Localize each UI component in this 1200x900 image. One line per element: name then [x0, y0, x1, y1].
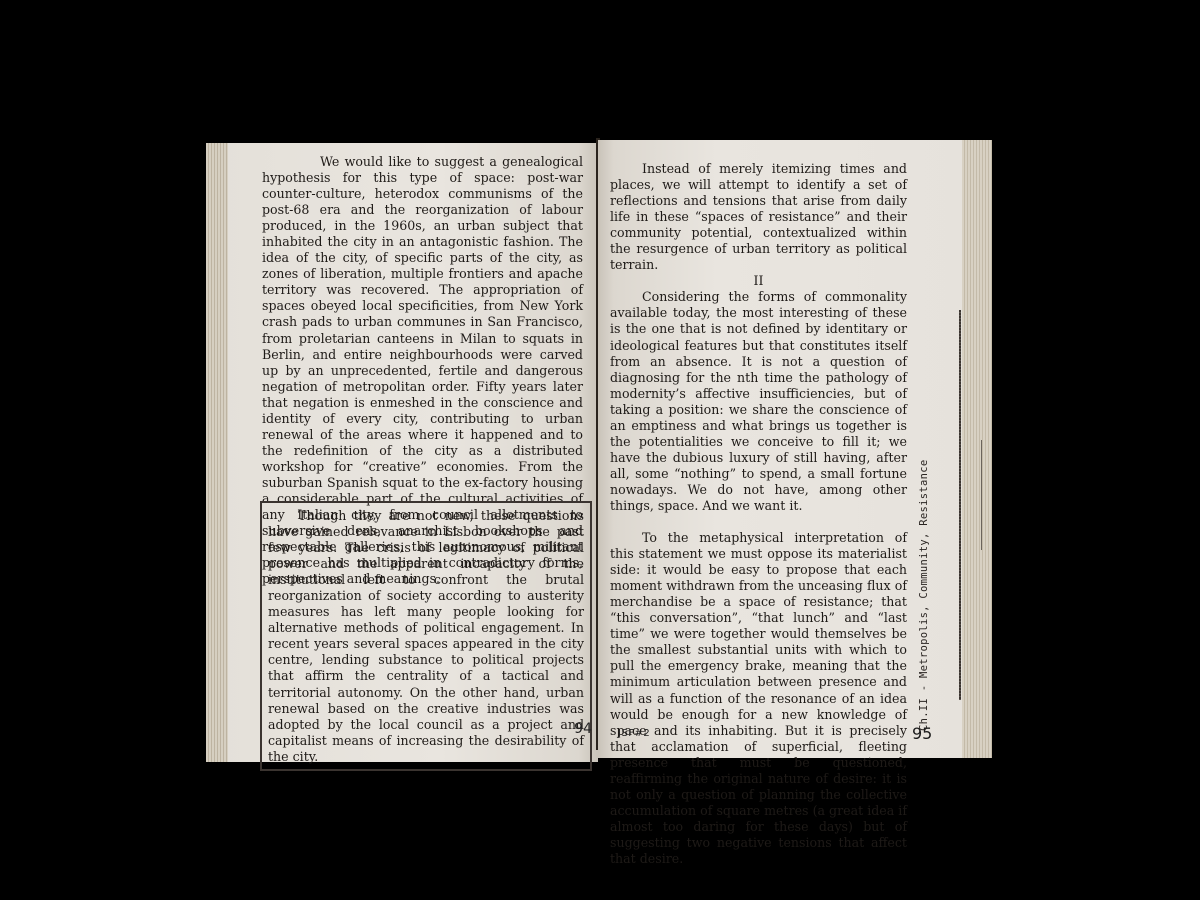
chapter-tab-label: Ch.II - Metropolis, Community, Resistanc…	[918, 460, 930, 731]
paragraph: To the metaphysical interpretation of th…	[610, 530, 907, 867]
right-page: Instead of merely itemizing times and pl…	[598, 140, 992, 758]
boxed-note-text: Though they are not new, these questions…	[268, 508, 584, 765]
paragraph-spacer	[610, 514, 907, 530]
open-book: We would like to suggest a genealogical …	[0, 0, 1200, 900]
left-page: We would like to suggest a genealogical …	[206, 143, 598, 762]
boxed-note: Though they are not new, these questions…	[260, 501, 592, 771]
page-number-left: 94	[574, 721, 592, 737]
page-number-right: 95	[912, 724, 932, 743]
left-page-edges	[206, 143, 228, 762]
paragraph: Instead of merely itemizing times and pl…	[610, 161, 907, 273]
right-page-body: Instead of merely itemizing times and pl…	[610, 161, 907, 867]
edge-marker-secondary	[981, 440, 982, 550]
edge-marker	[959, 310, 961, 700]
running-head: JSF#2	[618, 728, 650, 739]
paragraph: Considering the forms of commonality ava…	[610, 289, 907, 514]
section-heading: II	[610, 273, 907, 289]
right-page-edges	[962, 140, 992, 758]
